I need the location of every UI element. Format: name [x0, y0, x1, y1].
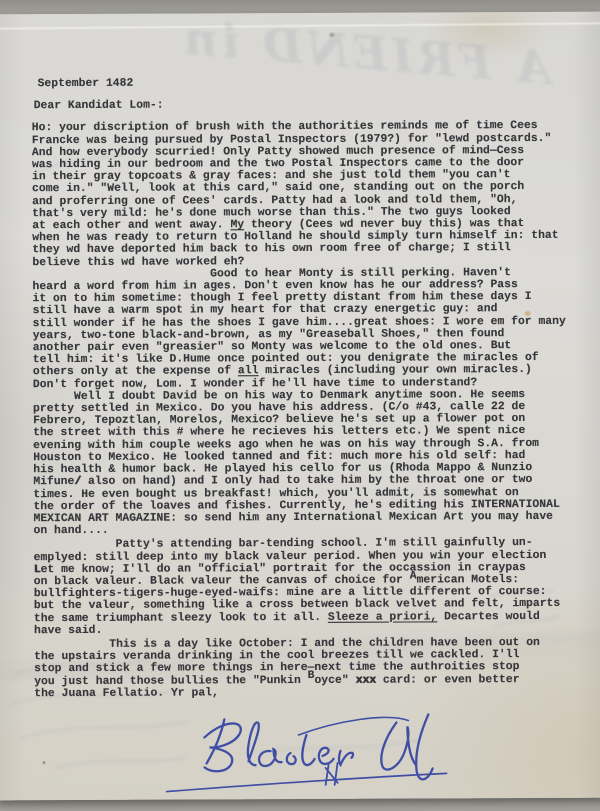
paragraph: This is a day like October: I and the ch… — [34, 637, 590, 700]
paragraph: Well I doubt David be on his way to Denm… — [33, 389, 590, 538]
typed-letter: September 1482 Dear Kandidat Lom-: Ho: y… — [32, 76, 591, 700]
letter-date: September 1482 — [38, 76, 588, 91]
stain-speck — [329, 33, 334, 37]
paragraph: Good to hear Monty is still perking. Hav… — [32, 267, 589, 391]
photo-background: A FRIEND in September 1482 Dear Kandidat… — [0, 0, 600, 811]
paragraph: Ho: your discription of brush with the a… — [32, 120, 589, 269]
letter-salutation: Dear Kandidat Lom-: — [34, 98, 588, 113]
letter-body: Ho: your discription of brush with the a… — [32, 120, 591, 700]
letter-line: MEXICAN ART MAGAZINE: so send him any In… — [33, 511, 589, 526]
signature-blaster-al — [146, 700, 476, 806]
letter-paper: A FRIEND in September 1482 Dear Kandidat… — [0, 12, 600, 801]
letter-line: the same triumphant sleezy look to it al… — [34, 610, 590, 625]
letter-line: the Juana Fellatio. Yr pal, — [34, 685, 590, 700]
letter-line: you just hand those bullies the "Punkin … — [34, 673, 590, 688]
stain-speck — [43, 761, 46, 764]
letter-line: they wd have deported him back to his ow… — [32, 242, 588, 257]
letter-line: on hand.... — [34, 523, 590, 538]
paragraph: Patty's attending bar-tending school. I'… — [34, 537, 590, 637]
